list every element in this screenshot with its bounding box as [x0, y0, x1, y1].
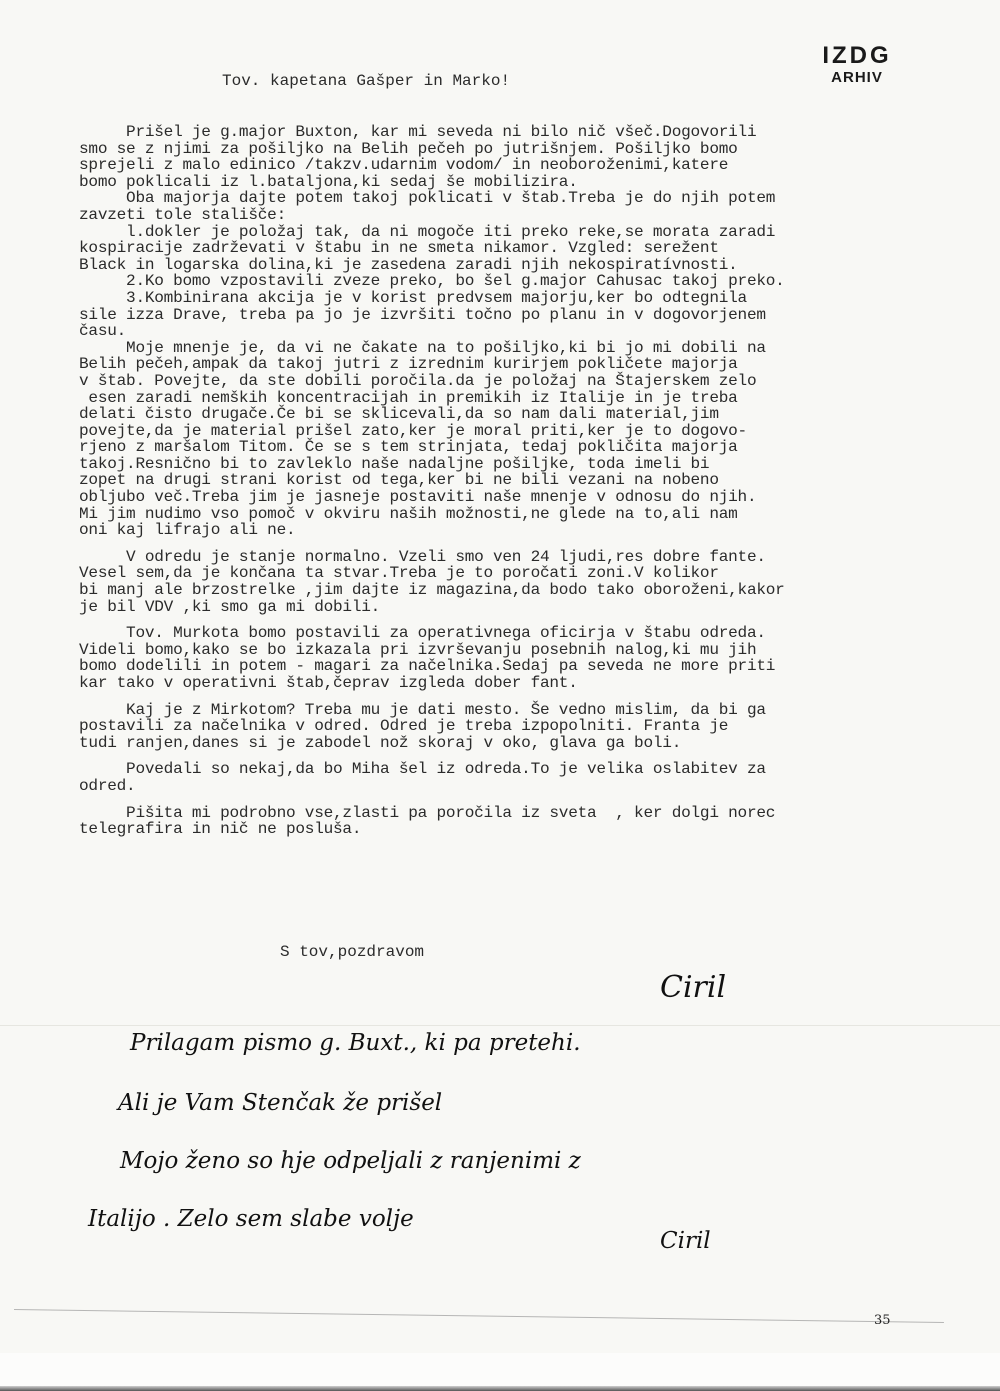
handwritten-note-line: Ali je Vam Stenčak že prišel: [118, 1090, 442, 1116]
text-line: 2.Ko bomo vzpostavili zveze preko, bo še…: [79, 273, 959, 290]
paragraph-miha: Povedali so nekaj,da bo Miha šel iz odre…: [79, 761, 959, 794]
text-line: Mi jim nudimo vso pomoč v okviru naših m…: [79, 506, 959, 523]
paper-fold-line: [0, 1025, 1000, 1026]
text-line: Oba majorja dajte potem takoj poklicati …: [79, 190, 959, 207]
text-line: bomo dodelili in potem - magari za načel…: [79, 658, 959, 675]
text-line: sile izza Drave, treba pa jo je izvršiti…: [79, 307, 959, 324]
paragraph-odred-status: V odredu je stanje normalno. Vzeli smo v…: [79, 549, 959, 615]
text-line: je bil VDV ,ki smo ga mi dobili.: [79, 599, 959, 616]
text-line: telegrafira in nič ne posluša.: [79, 821, 959, 838]
text-line: Videli bomo,kako se bo izkazala pri izvr…: [79, 642, 959, 659]
handwritten-note-line: Mojo ženo so hje odpeljali z ranjenimi z: [120, 1148, 581, 1174]
text-line: smo se z njimi za pošiljko na Belih peče…: [79, 141, 959, 158]
handwritten-note-line: Italijo . Zelo sem slabe volje: [88, 1206, 414, 1232]
text-line: takoj.Resnično bi to zavleklo naše nadal…: [79, 456, 959, 473]
text-line: v štab. Povejte, da ste dobili poročila.…: [79, 373, 959, 390]
text-line: sprejeli z malo edinico /takzv.udarnim v…: [79, 157, 959, 174]
text-line: Tov. Murkota bomo postavili za operativn…: [79, 625, 959, 642]
scan-bottom-edge: [0, 1386, 1000, 1391]
handwritten-signature-2: Ciril: [660, 1228, 711, 1254]
handwritten-note-line: Prilagam pismo g. Buxt., ki pa pretehi.: [130, 1030, 581, 1056]
text-line: kospiracije zadrževati v štabu in ne sme…: [79, 240, 959, 257]
archive-stamp-line2: ARHIV: [812, 70, 902, 85]
letter-body: Prišel je g.major Buxton, kar mi seveda …: [79, 124, 959, 838]
text-line: oni kaj lifrajo ali ne.: [79, 522, 959, 539]
text-line: zavzeti tole stališče:: [79, 207, 959, 224]
text-line: postavili za načelnika v odred. Odred je…: [79, 718, 959, 735]
text-line: V odredu je stanje normalno. Vzeli smo v…: [79, 549, 959, 566]
text-line: l.dokler je položaj tak, da ni mogoče it…: [79, 224, 959, 241]
text-line: Povedali so nekaj,da bo Miha šel iz odre…: [79, 761, 959, 778]
archive-stamp: IZDG ARHIV: [812, 44, 902, 85]
text-line: bomo poklicali iz l.bataljona,ki sedaj š…: [79, 174, 959, 191]
archive-stamp-line1: IZDG: [812, 44, 902, 68]
letter-greeting: Tov. kapetana Gašper in Marko!: [222, 72, 510, 90]
text-line: Belih pečeh,ampak da takoj jutri z izred…: [79, 356, 959, 373]
text-line: Vesel sem,da je končana ta stvar.Treba j…: [79, 565, 959, 582]
paragraph-main: Prišel je g.major Buxton, kar mi seveda …: [79, 124, 959, 539]
text-line: povejte,da je material prišel zato,ker j…: [79, 423, 959, 440]
text-line: obljubo več.Treba jim je jasneje postavi…: [79, 489, 959, 506]
text-line: času.: [79, 323, 959, 340]
paragraph-pisita: Pišita mi podrobno vse,zlasti pa poročil…: [79, 805, 959, 838]
text-line: zopet na drugi strani korist od tega,ker…: [79, 472, 959, 489]
text-line: bi manj ale brzostrelke ,jim dajte iz ma…: [79, 582, 959, 599]
paragraph-murkota: Tov. Murkota bomo postavili za operativn…: [79, 625, 959, 691]
text-line: esen zaradi nemških koncentracijah in pr…: [79, 390, 959, 407]
page-number: 35: [874, 1313, 891, 1328]
text-line: Black in logarska dolina,ki je zasedena …: [79, 257, 959, 274]
text-line: Prišel je g.major Buxton, kar mi seveda …: [79, 124, 959, 141]
document-page: IZDG ARHIV Tov. kapetana Gašper in Marko…: [0, 0, 1000, 1391]
text-line: Pišita mi podrobno vse,zlasti pa poročil…: [79, 805, 959, 822]
text-line: Kaj je z Mirkotom? Treba mu je dati mest…: [79, 702, 959, 719]
text-line: Moje mnenje je, da vi ne čakate na to po…: [79, 340, 959, 357]
letter-sign-off: S tov,pozdravom: [280, 943, 424, 961]
text-line: kar tako v operativni štab,čeprav izgled…: [79, 675, 959, 692]
text-line: delati čisto drugače.Če bi se sklicevali…: [79, 406, 959, 423]
text-line: 3.Kombinirana akcija je v korist predvse…: [79, 290, 959, 307]
text-line: tudi ranjen,danes si je zabodel nož skor…: [79, 735, 959, 752]
paragraph-mirkotom: Kaj je z Mirkotom? Treba mu je dati mest…: [79, 702, 959, 752]
handwritten-signature: Ciril: [660, 970, 726, 1005]
paper-tear-edge: [14, 1309, 944, 1325]
text-line: rjeno z maršalom Titom. Če se s tem stri…: [79, 439, 959, 456]
text-line: odred.: [79, 778, 959, 795]
